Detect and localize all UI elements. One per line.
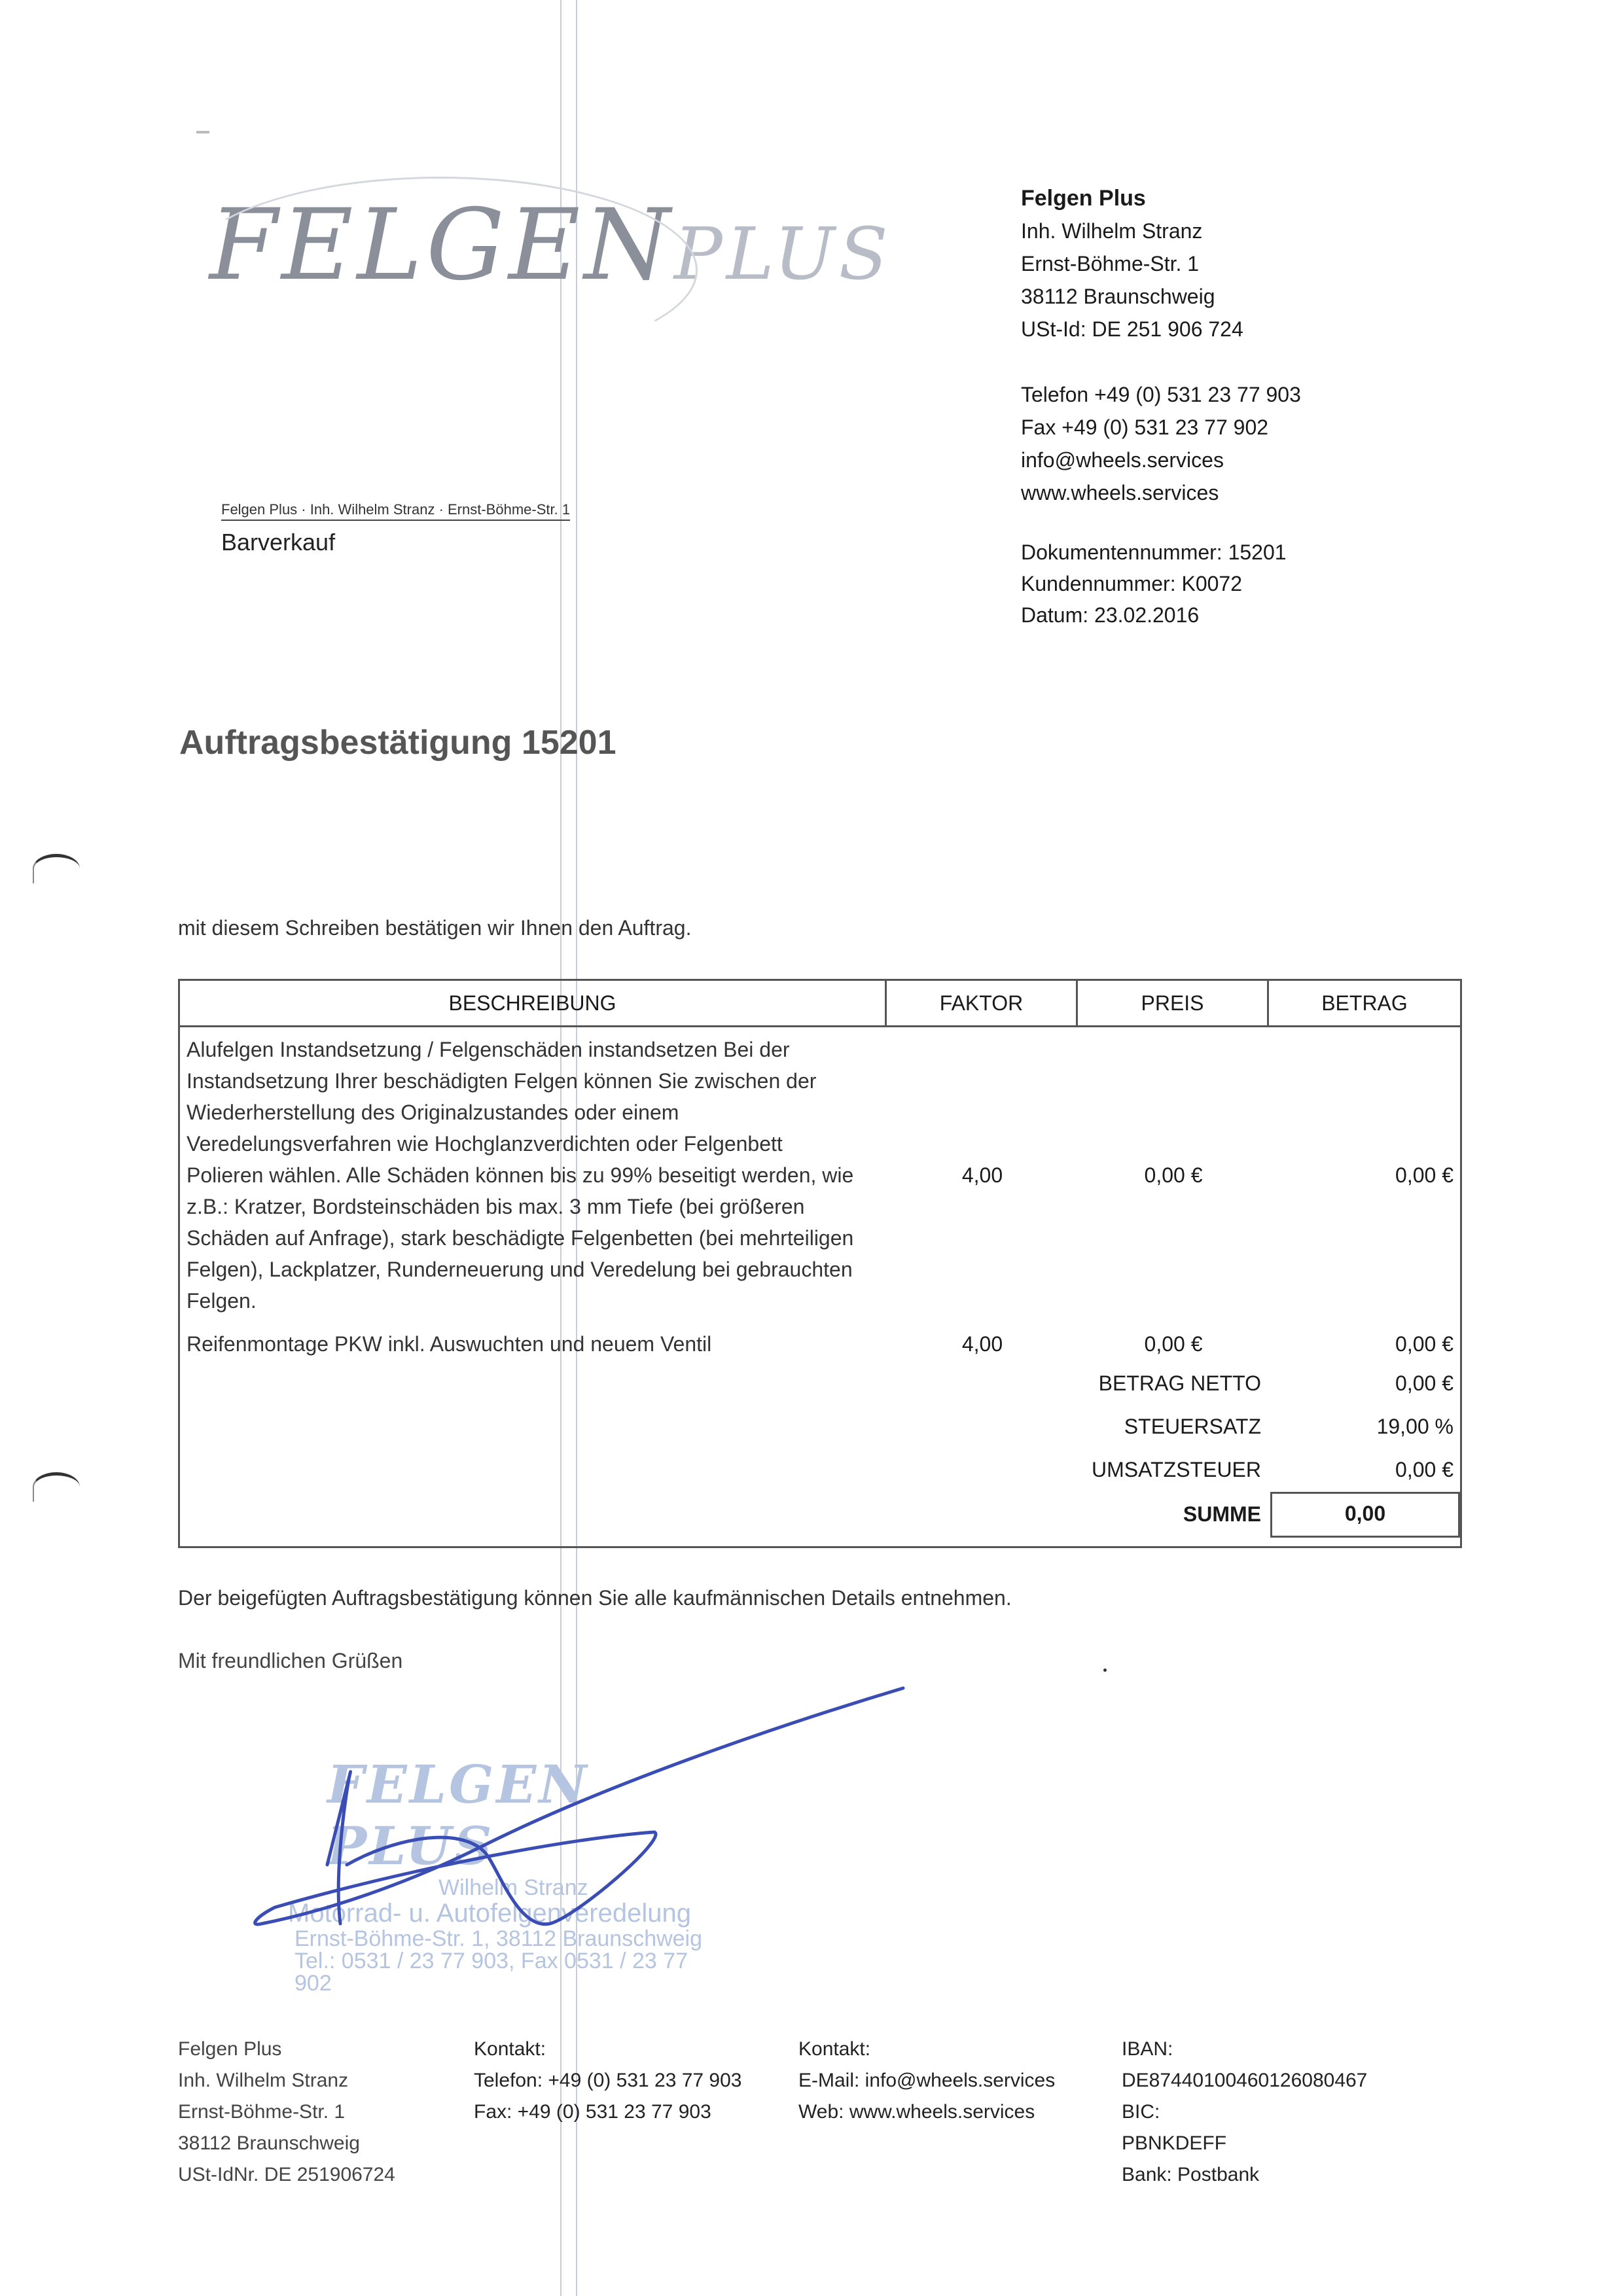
row-faktor: 4,00: [887, 1159, 1078, 1191]
logo-plus-text: PLUS: [674, 212, 892, 296]
line-items-table: BESCHREIBUNG FAKTOR PREIS BETRAG Alufelg…: [178, 979, 1462, 1548]
recipient-name: Barverkauf: [221, 529, 335, 556]
description-line: Wiederherstellung des Originalzustandes …: [187, 1097, 1044, 1128]
footer-line: PBNKDEFF: [1122, 2128, 1367, 2159]
totals-label: BETRAG NETTO: [1078, 1371, 1261, 1396]
footer-line: Kontakt:: [474, 2034, 741, 2065]
document-date: Datum: 23.02.2016: [1021, 599, 1287, 631]
description-line: Felgen), Lackplatzer, Runderneuerung und…: [187, 1254, 1044, 1285]
signature: [236, 1675, 929, 1937]
sender-phone: Telefon +49 (0) 531 23 77 903: [1021, 378, 1301, 411]
totals-label: STEUERSATZ: [1078, 1415, 1261, 1439]
greeting: Mit freundlichen Grüßen: [178, 1649, 402, 1673]
closing-text: Der beigefügten Auftragsbestätigung könn…: [178, 1586, 1012, 1610]
footer-line: Kontakt:: [798, 2034, 1055, 2065]
summe-box: 0,00: [1270, 1492, 1460, 1538]
footer-line: Web: www.wheels.services: [798, 2096, 1055, 2128]
header-preis: PREIS: [1078, 981, 1269, 1025]
totals-label: SUMME: [1078, 1502, 1261, 1527]
sender-vat: USt-Id: DE 251 906 724: [1021, 313, 1243, 345]
sender-fax: Fax +49 (0) 531 23 77 902: [1021, 411, 1301, 444]
sender-owner: Inh. Wilhelm Stranz: [1021, 215, 1243, 247]
sender-city: 38112 Braunschweig: [1021, 280, 1243, 313]
totals-value: 0,00 €: [1269, 1458, 1454, 1482]
description-line: Schäden auf Anfrage), stark beschädigte …: [187, 1222, 1044, 1254]
footer-line: E-Mail: info@wheels.services: [798, 2065, 1055, 2096]
footer-line: Inh. Wilhelm Stranz: [178, 2065, 395, 2096]
company-logo: FELGENPLUS: [209, 196, 707, 327]
return-address-line: Felgen Plus · Inh. Wilhelm Stranz · Erns…: [221, 501, 570, 521]
footer-line: Bank: Postbank: [1122, 2159, 1367, 2191]
footer-contact-web: Kontakt: E-Mail: info@wheels.services We…: [798, 2034, 1055, 2128]
sender-name: Felgen Plus: [1021, 182, 1243, 215]
footer-line: Felgen Plus: [178, 2034, 395, 2065]
scan-speck: [196, 131, 209, 133]
footer-line: BIC:: [1122, 2096, 1367, 2128]
table-header: BESCHREIBUNG FAKTOR PREIS BETRAG: [180, 979, 1460, 1027]
footer-company: Felgen Plus Inh. Wilhelm Stranz Ernst-Bö…: [178, 2034, 395, 2191]
description-line: Felgen.: [187, 1285, 1044, 1316]
totals-value: 0,00 €: [1269, 1371, 1454, 1396]
sender-street: Ernst-Böhme-Str. 1: [1021, 247, 1243, 280]
sender-address: Felgen Plus Inh. Wilhelm Stranz Ernst-Bö…: [1021, 182, 1243, 345]
intro-text: mit diesem Schreiben bestätigen wir Ihne…: [178, 916, 691, 940]
footer-line: Ernst-Böhme-Str. 1: [178, 2096, 395, 2128]
stamp-line: Tel.: 0531 / 23 77 903, Fax 0531 / 23 77…: [288, 1950, 707, 1994]
description-line: Veredelungsverfahren wie Hochglanzverdic…: [187, 1128, 1044, 1159]
row-preis: 0,00 €: [1078, 1159, 1269, 1191]
scan-dot: [1103, 1669, 1107, 1672]
header-beschreibung: BESCHREIBUNG: [180, 981, 887, 1025]
footer-contact-phone: Kontakt: Telefon: +49 (0) 531 23 77 903 …: [474, 2034, 741, 2128]
footer-line: DE87440100460126080467: [1122, 2065, 1367, 2096]
row-faktor: 4,00: [887, 1328, 1078, 1360]
totals-label: UMSATZSTEUER: [1078, 1458, 1261, 1482]
description-line: Alufelgen Instandsetzung / Felgenschäden…: [187, 1034, 1044, 1065]
totals-value: 0,00: [1272, 1502, 1458, 1526]
footer-bank: IBAN: DE87440100460126080467 BIC: PBNKDE…: [1122, 2034, 1367, 2191]
customer-number: Kundennummer: K0072: [1021, 568, 1287, 599]
row-betrag: 0,00 €: [1269, 1328, 1454, 1360]
description-line: z.B.: Kratzer, Bordsteinschäden bis max.…: [187, 1191, 1044, 1222]
document-title: Auftragsbestätigung 15201: [179, 723, 616, 762]
footer-line: USt-IdNr. DE 251906724: [178, 2159, 395, 2191]
punch-hole: [33, 1472, 80, 1502]
sender-email: info@wheels.services: [1021, 444, 1301, 476]
document-number: Dokumentennummer: 15201: [1021, 537, 1287, 568]
row-betrag: 0,00 €: [1269, 1159, 1454, 1191]
header-betrag: BETRAG: [1269, 981, 1460, 1025]
footer-line: Fax: +49 (0) 531 23 77 903: [474, 2096, 741, 2128]
punch-hole: [33, 854, 80, 883]
sender-web: www.wheels.services: [1021, 476, 1301, 509]
header-faktor: FAKTOR: [887, 981, 1078, 1025]
logo-swoosh: [183, 177, 698, 364]
row-preis: 0,00 €: [1078, 1328, 1269, 1360]
sender-contact: Telefon +49 (0) 531 23 77 903 Fax +49 (0…: [1021, 378, 1301, 509]
footer-line: 38112 Braunschweig: [178, 2128, 395, 2159]
footer-line: IBAN:: [1122, 2034, 1367, 2065]
totals-value: 19,00 %: [1269, 1415, 1454, 1439]
description-line: Instandsetzung Ihrer beschädigten Felgen…: [187, 1065, 1044, 1097]
document-info: Dokumentennummer: 15201 Kundennummer: K0…: [1021, 537, 1287, 631]
footer-line: Telefon: +49 (0) 531 23 77 903: [474, 2065, 741, 2096]
